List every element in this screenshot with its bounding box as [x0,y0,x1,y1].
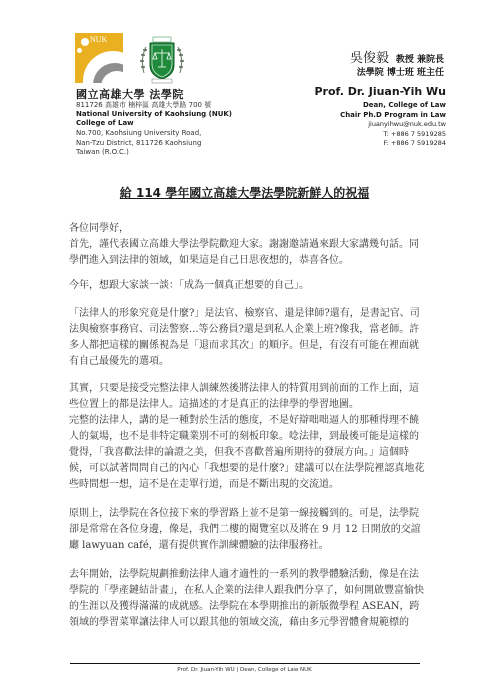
paragraph-activities: 去年開始，法學院規劃推動法律人適才適性的一系列的教學體驗活動，像是在法學院的「學… [69,567,425,631]
paragraph-text: 原則上，法學院在各位接下來的學習路上並不是第一線接觸到的。可是，法學院卻是常常在… [69,506,425,554]
footer-divider [70,663,420,664]
address-en-line: Taiwan (R.O.C.) [76,148,216,158]
telephone: T: +886 7 5919285 [368,130,446,140]
address-en-line: No.700, Kaohsiung University Road, [76,129,216,139]
contact-info: jiuanyihwu@nuk.edu.tw T: +886 7 5919285 … [368,120,446,149]
paragraph-text: 去年開始，法學院規劃推動法律人適才適性的一系列的教學體驗活動，像是在法學院的「學… [69,567,425,631]
role-zh: 法學院 博士班 班主任 [357,65,444,78]
paragraph-text: 今年，想跟大家談一談：「成為一個真正想要的自己」。 [69,278,425,294]
titles-zh: 教授 兼院長 [396,55,444,65]
college-en: College of Law [76,119,232,128]
footer-text: Prof. Dr. Jiuan-Yih WU | Dean, College o… [0,667,489,673]
dean-name-zh: 吳俊毅 教授 兼院長 [350,47,444,66]
paragraph-theme: 今年，想跟大家談一談：「成為一個真正想要的自己」。 [69,278,425,294]
address-en: No.700, Kaohsiung University Road, Nan-T… [76,129,216,158]
role-en-line-1: Dean, College of Law [340,100,446,110]
email-link[interactable]: jiuanyihwu@nuk.edu.tw [368,120,446,130]
paragraph-text: 「法律人的形象究竟是什麼?」是法官、檢察官、還是律師?還有，是書記官、司法與檢察… [69,306,425,370]
paragraph-text: 其實，只要是接受完整法律人訓練然後將法律人的特質用到前面的工作上面，這些位置上的… [69,381,425,493]
university-en: National University of Kaohsiung (NUK) [76,110,232,119]
paragraph-image-of-lawyer: 「法律人的形象究竟是什麼?」是法官、檢察官、還是律師?還有，是書記官、司法與檢察… [69,306,425,370]
paragraph-text: 各位同學好， 首先，謹代表國立高雄大學法學院歡迎大家。謝謝邀請過來跟大家講幾句話… [69,221,425,269]
university-name-en: National University of Kaohsiung (NUK) C… [76,110,232,128]
dean-name-en: Prof. Dr. Jiuan-Yih Wu [315,85,447,98]
college-of-law-emblem [136,33,188,85]
nuk-logo: NUK [75,33,123,83]
name-zh: 吳俊毅 [350,51,389,66]
role-en-line-2: Chair Ph.D Program in Law [340,110,446,120]
address-en-line: Nan-Tzu District, 811726 Kaohsiung [76,139,216,149]
document-title: 給 114 學年國立高雄大學法學院新鮮人的祝福 [0,184,489,201]
fax: F: +886 7 5919284 [368,139,446,149]
paragraph-complete-lawyer: 其實，只要是接受完整法律人訓練然後將法律人的特質用到前面的工作上面，這些位置上的… [69,381,425,493]
role-en: Dean, College of Law Chair Ph.D Program … [340,100,446,120]
paragraph-greeting: 各位同學好， 首先，謹代表國立高雄大學法學院歡迎大家。謝謝邀請過來跟大家講幾句話… [69,221,425,269]
nuk-logo-text: NUK [90,35,107,44]
paragraph-college-support: 原則上，法學院在各位接下來的學習路上並不是第一線接觸到的。可是，法學院卻是常常在… [69,506,425,554]
address-zh: 811726 高雄市 楠梓區 高雄大學路 700 號 [76,100,211,110]
